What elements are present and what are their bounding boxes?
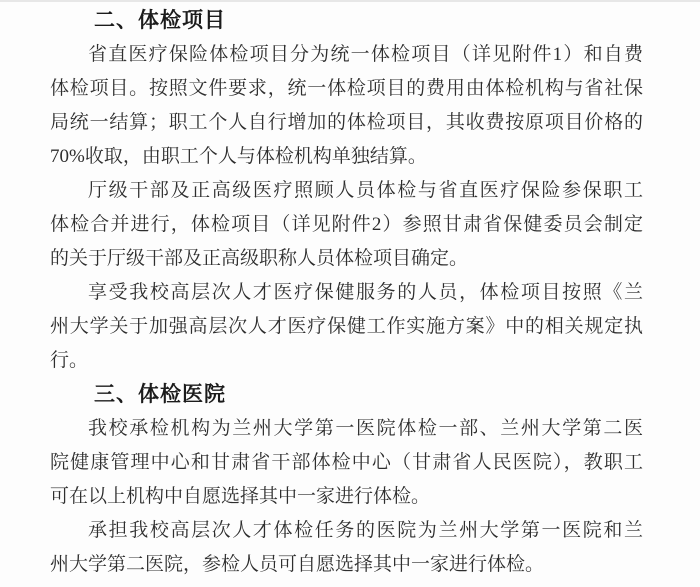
- paragraph: 厅级干部及正高级医疗照顾人员体检与省直医疗保险参保职工体检合并进行，体检项目（详…: [50, 174, 643, 276]
- paragraph-line: 70%收取，由职工个人与体检机构单独结算。: [50, 140, 643, 174]
- paragraph: 省直医疗保险体检项目分为统一体检项目（详见附件1）和自费体检项目。按照文件要求，…: [50, 38, 643, 174]
- paragraph-line: 体检项目。按照文件要求，统一体检项目的费用由体检机构与省社保: [50, 72, 643, 106]
- paragraph-line: 的关于厅级干部及正高级职称人员体检项目确定。: [50, 242, 643, 276]
- paragraph-line: 享受我校高层次人才医疗保健服务的人员，体检项目按照《兰: [50, 276, 643, 310]
- section-heading: 二、体检项目: [50, 4, 643, 38]
- paragraph-line: 省直医疗保险体检项目分为统一体检项目（详见附件1）和自费: [50, 38, 643, 72]
- section-heading: 三、体检医院: [50, 378, 643, 412]
- paragraph-line: 州大学第二医院，参检人员可自愿选择其中一家进行体检。: [50, 548, 643, 582]
- document-content: 二、体检项目省直医疗保险体检项目分为统一体检项目（详见附件1）和自费体检项目。按…: [0, 2, 700, 582]
- paragraph-line: 我校承检机构为兰州大学第一医院体检一部、兰州大学第二医: [50, 412, 643, 446]
- paragraph: 承担我校高层次人才体检任务的医院为兰州大学第一医院和兰州大学第二医院，参检人员可…: [50, 514, 643, 582]
- paragraph-line: 厅级干部及正高级医疗照顾人员体检与省直医疗保险参保职工: [50, 174, 643, 208]
- paragraph: 我校承检机构为兰州大学第一医院体检一部、兰州大学第二医院健康管理中心和甘肃省干部…: [50, 412, 643, 514]
- paragraph-line: 体检合并进行，体检项目（详见附件2）参照甘肃省保健委员会制定: [50, 208, 643, 242]
- paragraph-line: 行。: [50, 344, 643, 378]
- paragraph-line: 可在以上机构中自愿选择其中一家进行体检。: [50, 480, 643, 514]
- paragraph-line: 州大学关于加强高层次人才医疗保健工作实施方案》中的相关规定执: [50, 310, 643, 344]
- paragraph-line: 局统一结算；职工个人自行增加的体检项目，其收费按原项目价格的: [50, 106, 643, 140]
- document-page: 二、体检项目省直医疗保险体检项目分为统一体检项目（详见附件1）和自费体检项目。按…: [0, 0, 700, 582]
- paragraph: 享受我校高层次人才医疗保健服务的人员，体检项目按照《兰州大学关于加强高层次人才医…: [50, 276, 643, 378]
- paragraph-line: 院健康管理中心和甘肃省干部体检中心（甘肃省人民医院），教职工: [50, 446, 643, 480]
- paragraph-line: 承担我校高层次人才体检任务的医院为兰州大学第一医院和兰: [50, 514, 643, 548]
